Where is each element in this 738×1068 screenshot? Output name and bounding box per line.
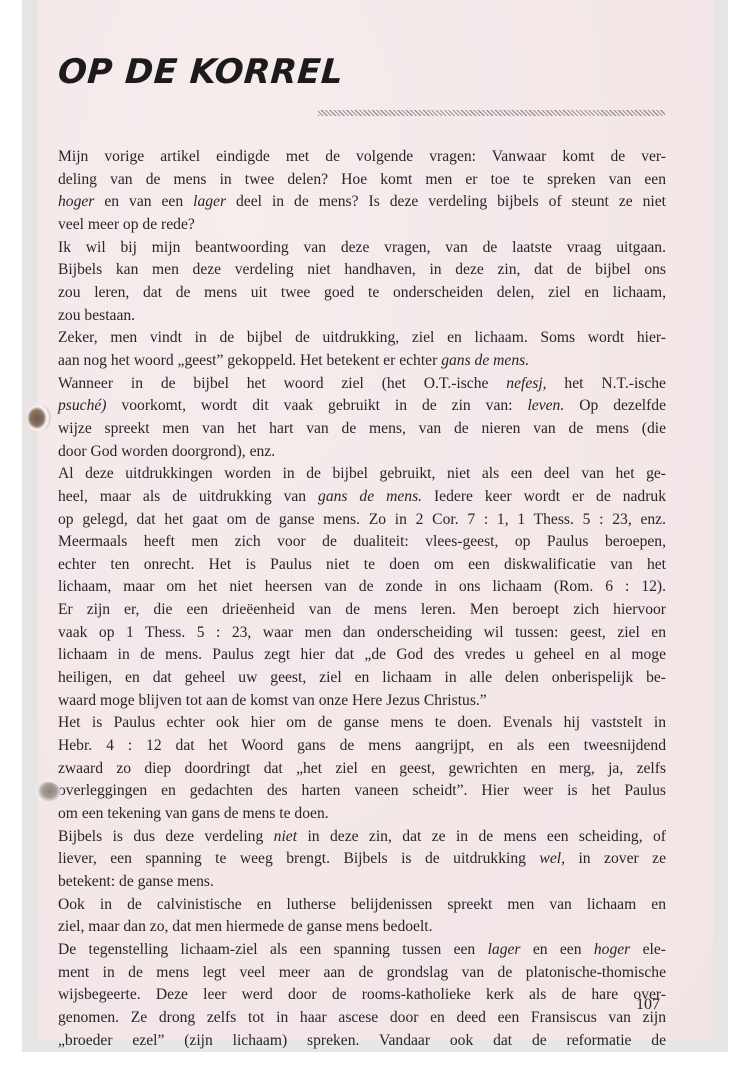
emphasis-text: wel, [539, 850, 565, 867]
text-line: Zeker, men vindt in de bijbel de uitdruk… [58, 327, 666, 350]
text-line: ment in de mens legt veel meer aan de gr… [58, 962, 666, 985]
article-title: OP DE KORREL [57, 52, 345, 92]
text-line: lichaam in de mens. Paulus zegt hier dat… [58, 644, 666, 667]
emphasis-text: nefesj, [506, 375, 546, 392]
text-line: overleggingen en gedachten des harten va… [58, 780, 666, 803]
paper-stain-mark [35, 782, 61, 804]
emphasis-text: hoger [58, 193, 94, 210]
text-line: betekent: de ganse mens. [58, 871, 666, 894]
text-line: Al deze uitdrukkingen worden in de bijbe… [58, 463, 666, 486]
text-line: Ik wil bij mijn beantwoording van deze v… [58, 237, 666, 260]
text-line: heiligen, en dat geheel uw geest, ziel e… [58, 667, 666, 690]
text-line: echter ten onrecht. Het is Paulus niet t… [58, 554, 666, 577]
text-line: genomen. Ze drong zelfs tot in haar asce… [58, 1007, 666, 1030]
page-number: 107 [636, 996, 660, 1014]
emphasis-text: gans de mens. [441, 352, 529, 369]
text-line: wijze spreekt men van het hart van de me… [58, 418, 666, 441]
text-line: zou leren, dat de mens uit twee goed te … [58, 282, 666, 305]
text-line: lichaam, maar om het niet heersen van de… [58, 576, 666, 599]
emphasis-text: lager [488, 941, 521, 958]
text-line: Er zijn er, die een drieëenheid van de m… [58, 599, 666, 622]
text-line: vaak op 1 Thess. 5 : 23, waar men dan on… [58, 622, 666, 645]
text-line: „broeder ezel” (zijn lichaam) spreken. V… [58, 1030, 666, 1053]
emphasis-text: leven. [527, 397, 564, 414]
text-line: Bijbels is dus deze verdeling niet in de… [58, 826, 666, 849]
text-line: aan nog het woord „geest” gekoppeld. Het… [58, 350, 666, 373]
scan-border-right [713, 0, 728, 1052]
text-line: Mijn vorige artikel eindigde met de volg… [58, 146, 666, 169]
text-line: wijsbegeerte. Deze leer werd door de roo… [58, 984, 666, 1007]
text-line: Ook in de calvinistische en lutherse bel… [58, 894, 666, 917]
text-line: waard moge blijven tot aan de komst van … [58, 690, 666, 713]
text-line: zou bestaan. [58, 305, 666, 328]
text-line: veel meer op de rede? [58, 214, 666, 237]
text-line: ziel, maar dan zo, dat men hiermede de g… [58, 916, 666, 939]
emphasis-text: psuché) [58, 397, 107, 414]
text-line: op gelegd, dat het gaat om de ganse mens… [58, 509, 666, 532]
emphasis-text: niet [274, 828, 297, 845]
scan-border-left [22, 0, 38, 1052]
decorative-wavy-rule [318, 110, 665, 116]
emphasis-text: hoger [594, 941, 630, 958]
text-line: door God worden doorgrond), enz. [58, 441, 666, 464]
article-body: Mijn vorige artikel eindigde met de volg… [58, 146, 666, 1052]
text-line: psuché) voorkomt, wordt dit vaak gebruik… [58, 395, 666, 418]
text-line: Wanneer in de bijbel het woord ziel (het… [58, 373, 666, 396]
text-line: Meermaals heeft men zich voor de dualite… [58, 531, 666, 554]
text-line: liever, een spanning te weeg brengt. Bij… [58, 848, 666, 871]
paper-stain-mark [27, 404, 49, 432]
text-line: Hebr. 4 : 12 dat het Woord gans de mens … [58, 735, 666, 758]
text-line: De tegenstelling lichaam-ziel als een sp… [58, 939, 666, 962]
emphasis-text: gans de mens. [318, 488, 422, 505]
text-line: hoger en van een lager deel in de mens? … [58, 191, 666, 214]
emphasis-text: lager [193, 193, 226, 210]
text-line: zwaard zo diep doordringt dat „het ziel … [58, 758, 666, 781]
text-line: om een tekening van gans de mens te doen… [58, 803, 666, 826]
text-line: Bijbels kan men deze verdeling niet hand… [58, 259, 666, 282]
text-line: heel, maar als de uitdrukking van gans d… [58, 486, 666, 509]
text-line: deling van de mens in twee delen? Hoe ko… [58, 169, 666, 192]
text-line: Het is Paulus echter ook hier om de gans… [58, 712, 666, 735]
